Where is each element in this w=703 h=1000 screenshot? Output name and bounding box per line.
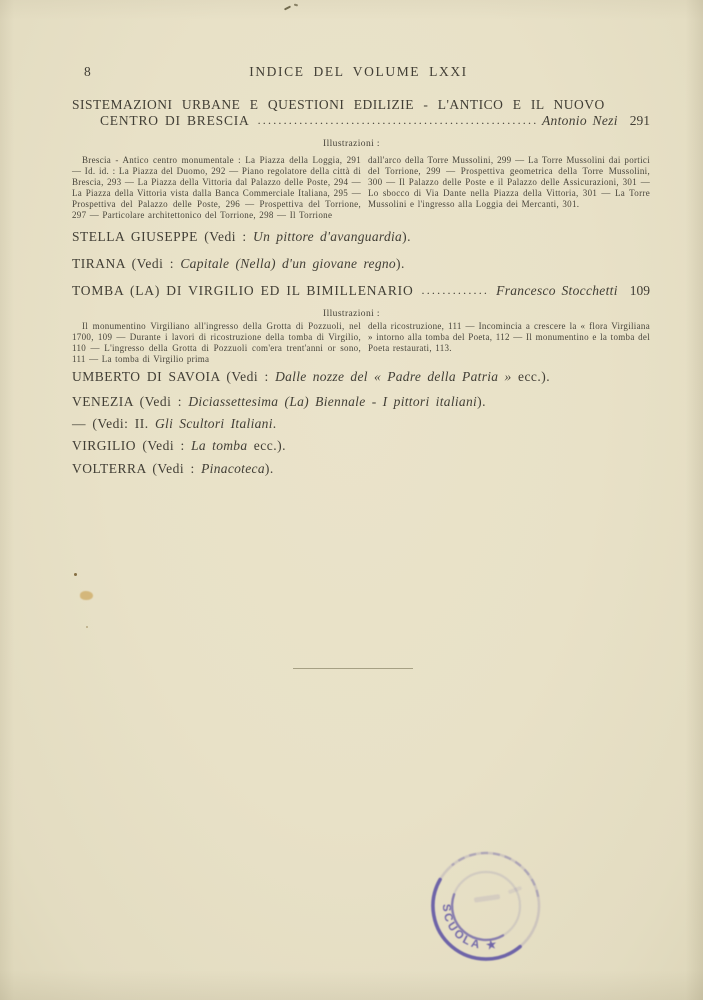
illustrations-tomba-left-column: Il monumentino Virgiliano all'ingresso d… xyxy=(72,321,361,365)
entry-lead: VIRGILIO (Vedi : xyxy=(72,438,191,453)
entry-see-reference: Dalle nozze del « Padre della Patria » xyxy=(275,369,512,384)
dot-leader: ........................................… xyxy=(258,113,536,128)
entry-umberto: UMBERTO DI SAVOIA (Vedi : Dalle nozze de… xyxy=(72,369,642,385)
library-stamp-graphic: SCUOLA ★ xyxy=(416,836,556,976)
entry-tail: ecc.). xyxy=(247,438,286,453)
section-divider-rule xyxy=(293,668,413,669)
entry-tail: ). xyxy=(396,256,405,271)
ink-speck xyxy=(294,4,298,6)
entry-sistemazioni-line2: CENTRO DI BRESCIA ......................… xyxy=(100,113,650,129)
entry-tail: ). xyxy=(265,461,274,476)
entry-lead: STELLA GIUSEPPE (Vedi : xyxy=(72,229,253,244)
entry-see-reference: Pinacoteca xyxy=(201,461,265,476)
illustrations-tomba-right-column: della ricostruzione, 111 — Incomincia a … xyxy=(368,321,650,354)
entry-see-reference: Capitale (Nella) d'un giovane regno xyxy=(180,256,396,271)
entry-author: Antonio Nezi xyxy=(542,113,618,129)
entry-venezia-second: — (Vedi: II. Gli Scultori Italiani. xyxy=(72,416,642,432)
foxing-stain xyxy=(80,591,93,600)
entry-page-ref: 291 xyxy=(630,113,650,129)
entry-see-reference: Diciassettesima (La) Biennale - I pittor… xyxy=(188,394,477,409)
ink-speck xyxy=(284,5,291,10)
entry-author: Francesco Stocchetti xyxy=(496,283,618,299)
entry-tail: . xyxy=(273,416,277,431)
entry-title: CENTRO DI BRESCIA xyxy=(100,113,250,129)
library-stamp: SCUOLA ★ xyxy=(416,836,556,976)
entry-tail: ecc.). xyxy=(512,369,551,384)
illustrazioni-label: Illustrazioni : xyxy=(0,139,703,149)
entry-volterra: VOLTERRA (Vedi : Pinacoteca). xyxy=(72,461,642,477)
entry-tail: ). xyxy=(402,229,411,244)
entry-tail: ). xyxy=(477,394,486,409)
entry-tomba: TOMBA (LA) DI VIRGILIO ED IL BIMILLENARI… xyxy=(72,283,650,299)
entry-sistemazioni-line1: SISTEMAZIONI URBANE E QUESTIONI EDILIZIE… xyxy=(72,97,628,113)
entry-lead: — (Vedi: II. xyxy=(72,416,155,431)
entry-see-reference: Gli Scultori Italiani xyxy=(155,416,273,431)
entry-stella: STELLA GIUSEPPE (Vedi : Un pittore d'ava… xyxy=(72,229,642,245)
entry-page-ref: 109 xyxy=(630,283,650,299)
entry-venezia: VENEZIA (Vedi : Diciassettesima (La) Bie… xyxy=(72,394,642,410)
entry-title: TOMBA (LA) DI VIRGILIO ED IL BIMILLENARI… xyxy=(72,283,414,299)
entry-see-reference: La tomba xyxy=(191,438,247,453)
entry-lead: TIRANA (Vedi : xyxy=(72,256,180,271)
illustrazioni-label: Illustrazioni : xyxy=(0,309,703,319)
illustrations-brescia-left-column: Brescia - Antico centro monumentale : La… xyxy=(72,155,361,220)
entry-lead: VOLTERRA (Vedi : xyxy=(72,461,201,476)
scanned-index-page: { "colors": { "paper": "#e8e1c7", "ink":… xyxy=(0,0,703,1000)
entry-tirana: TIRANA (Vedi : Capitale (Nella) d'un gio… xyxy=(72,256,642,272)
page-title: INDICE DEL VOLUME LXXI xyxy=(0,64,703,80)
ink-dot xyxy=(86,626,88,628)
dot-leader: ........................................… xyxy=(422,283,491,298)
illustrations-brescia-right-column: dall'arco della Torre Mussolini, 299 — L… xyxy=(368,155,650,210)
entry-lead: VENEZIA (Vedi : xyxy=(72,394,188,409)
ink-dot xyxy=(74,573,77,576)
entry-virgilio: VIRGILIO (Vedi : La tomba ecc.). xyxy=(72,438,642,454)
entry-lead: UMBERTO DI SAVOIA (Vedi : xyxy=(72,369,275,384)
entry-see-reference: Un pittore d'avanguardia xyxy=(253,229,402,244)
